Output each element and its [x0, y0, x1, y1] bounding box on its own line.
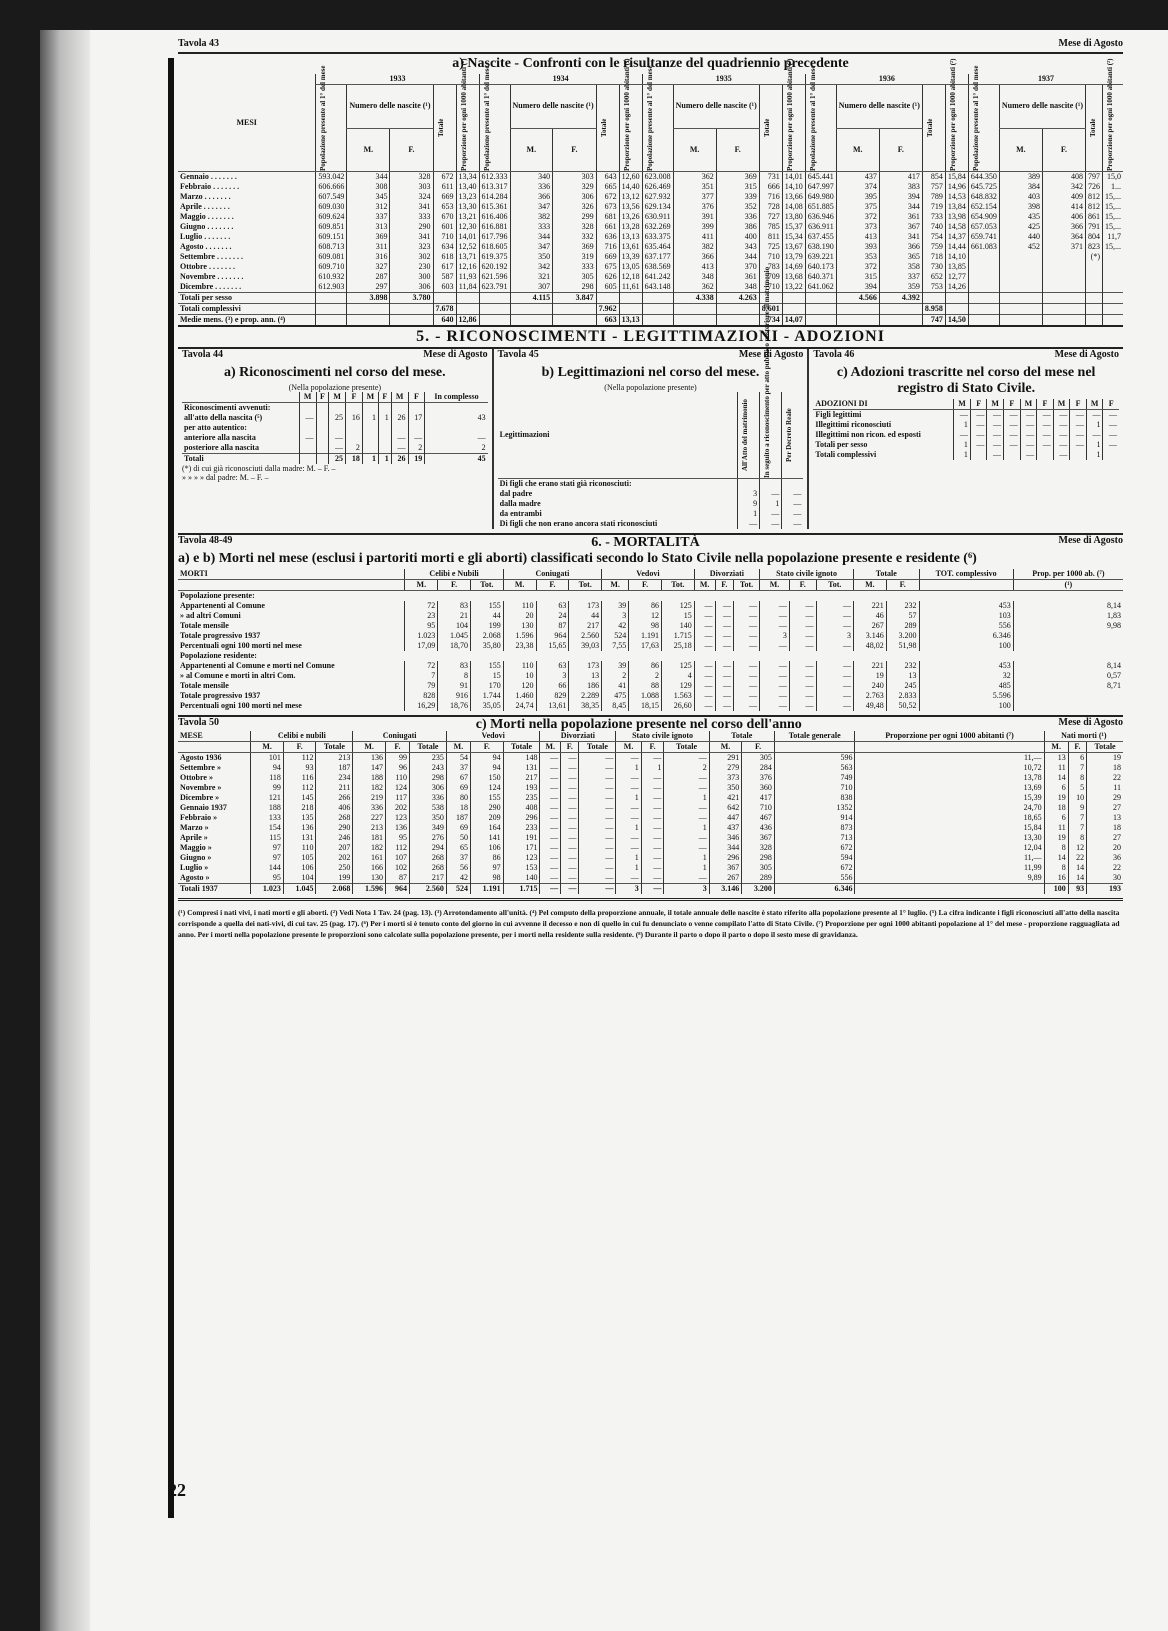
table-cell: 361 [716, 272, 759, 282]
table-cell: — [391, 443, 408, 454]
table-cell: — [540, 853, 561, 863]
table-cell [362, 423, 378, 433]
table-cell [456, 304, 479, 315]
table-cell: 187 [316, 763, 353, 773]
table-cell: 425 [999, 222, 1042, 232]
row-label: Totale mensile [178, 681, 405, 691]
t45-table: LegittimazioniAll'Atto del matrimonioIn … [498, 392, 804, 529]
table-cell: 217 [569, 621, 602, 631]
table-cell: — [694, 681, 715, 691]
t4849-tavola: Tavola 48-49 [178, 535, 232, 549]
table-cell: — [816, 701, 853, 711]
table-cell: 6 [1044, 813, 1068, 823]
table-cell: 367 [709, 863, 742, 873]
table-cell: 353 [836, 252, 879, 262]
table-cell [855, 884, 1044, 895]
table-cell: 110 [503, 661, 536, 671]
table-cell: 24 [536, 611, 569, 621]
table-cell: — [579, 783, 616, 793]
row-label: Percentuali ogni 100 morti nel mese [178, 701, 405, 711]
table-cell: 140 [503, 873, 540, 884]
table-cell: 13,69 [855, 783, 1044, 793]
table-cell: — [540, 773, 561, 783]
table-cell: 32 [919, 671, 1013, 681]
t45: Tavola 45Mese di Agosto b) Legittimazion… [492, 349, 808, 529]
table-cell: 80 [446, 793, 470, 803]
t4849-table: MORTICelibi e NubiliConiugatiVedoviDivor… [178, 569, 1123, 711]
table-cell [479, 293, 510, 304]
table-cell: 218 [283, 803, 316, 813]
table-cell: 24,74 [503, 701, 536, 711]
table-cell: — [734, 671, 760, 681]
table-cell [1042, 293, 1085, 304]
table-cell: — [641, 853, 664, 863]
table-cell: All'Atto del matrimonio [737, 392, 759, 479]
table-cell: — [789, 681, 816, 691]
table-cell: 964 [536, 631, 569, 641]
table-cell: — [816, 661, 853, 671]
table-cell: — [408, 433, 425, 443]
table-cell: 131 [503, 763, 540, 773]
table-cell: 13 [1087, 813, 1123, 823]
table-cell: — [1037, 440, 1054, 450]
t50-title: c) Morti nella popolazione presente nel … [476, 717, 802, 731]
table-cell: 18,65 [855, 813, 1044, 823]
table-cell: 13,34 [456, 172, 479, 183]
table-cell: 10 [1068, 793, 1086, 803]
table-cell: 672 [433, 172, 456, 183]
month-label: Marzo . . . . . . . [178, 192, 316, 202]
table-cell [782, 479, 803, 490]
table-cell: 21 [438, 611, 471, 621]
table-cell: — [782, 489, 803, 499]
table-cell: 609.081 [316, 252, 347, 262]
table-cell: — [694, 621, 715, 631]
table-cell: 629.134 [642, 202, 673, 212]
table-cell: 13 [1044, 753, 1068, 764]
table-cell: 1.045 [283, 884, 316, 895]
table-row: da entrambi1—— [498, 509, 804, 519]
table-cell: 67 [446, 773, 470, 783]
table-cell: 14 [1044, 773, 1068, 783]
month-label: Settembre » [178, 763, 251, 773]
table-cell: 298 [410, 773, 447, 783]
table-cell: 35,80 [470, 641, 503, 651]
table-cell: 19 [1044, 793, 1068, 803]
table-cell: — [540, 884, 561, 895]
t44-tavola: Tavola 44 [182, 349, 223, 363]
page-content: Tavola 43 Mese di Agosto a) Nascite - Co… [178, 38, 1123, 940]
table-cell: 7 [1068, 823, 1086, 833]
book-spine [40, 30, 90, 1631]
table-cell: 13,85 [945, 262, 968, 272]
table-cell: 336 [353, 803, 386, 813]
table-cell: 135 [283, 813, 316, 823]
table-cell: 336 [716, 212, 759, 222]
table-cell: 594 [774, 853, 855, 863]
table-cell: 362 [673, 172, 716, 183]
table-cell: — [734, 701, 760, 711]
table-cell: 86 [470, 853, 503, 863]
table-cell: F [1070, 399, 1087, 410]
table-cell: 609.851 [316, 222, 347, 232]
table-cell: 298 [742, 853, 775, 863]
page-number: 22 [168, 1480, 186, 1501]
table-cell: 345 [347, 192, 390, 202]
table-cell: — [694, 661, 715, 671]
table-cell [379, 443, 392, 454]
table-cell: — [760, 489, 782, 499]
table-cell: 346 [709, 833, 742, 843]
table-cell: 13,61 [619, 242, 642, 252]
table-cell: 823 [1086, 242, 1103, 252]
table-cell: 112 [283, 783, 316, 793]
table-cell: 217 [410, 873, 447, 884]
table-cell: 243 [410, 763, 447, 773]
table-cell: 188 [353, 773, 386, 783]
table-cell: 164 [470, 823, 503, 833]
table-cell: 8 [1044, 843, 1068, 853]
t50-box: Tavola 50c) Morti nella popolazione pres… [178, 715, 1123, 894]
table-cell: 350 [410, 813, 447, 823]
table-cell: 596 [774, 753, 855, 764]
row-label: » ad altri Comuni [178, 611, 405, 621]
table-cell: 13,22 [782, 282, 805, 293]
table-cell: 12 [1068, 843, 1086, 853]
col-m: M. [347, 128, 390, 172]
table-cell: 5 [1068, 783, 1086, 793]
table-cell: — [664, 753, 709, 764]
table-cell: — [715, 611, 734, 621]
table-cell: 344 [716, 252, 759, 262]
table-cell: 1 [954, 450, 971, 460]
table-cell [1086, 272, 1103, 282]
table-cell: M [1053, 399, 1070, 410]
col-f: F. [879, 128, 922, 172]
table-cell: M [362, 392, 378, 403]
table-cell: — [715, 601, 734, 611]
table-cell: 193 [1087, 884, 1123, 895]
table-cell: 100 [919, 641, 1013, 651]
table-cell: F [1037, 399, 1054, 410]
table-cell: — [760, 701, 790, 711]
month-label: Aprile . . . . . . . [178, 202, 316, 212]
table-cell: 182 [353, 783, 386, 793]
table-cell: Totale [579, 742, 616, 753]
label: Totali complessivi [178, 304, 316, 315]
month-label: Febbraio » [178, 813, 251, 823]
table-cell: — [561, 803, 579, 813]
table-cell: 812 [1086, 192, 1103, 202]
table-row: Totale mensile95104199130872174298140———… [178, 621, 1123, 631]
table-cell: — [715, 661, 734, 671]
table-cell: — [1053, 440, 1070, 450]
table-cell: 112 [385, 843, 409, 853]
table-cell: 337 [879, 272, 922, 282]
table-cell: 609.151 [316, 232, 347, 242]
t4849-box: Tavola 48-496. - MORTALITÀMese di Agosto… [178, 533, 1123, 711]
table-cell: 13 [569, 671, 602, 681]
table-cell: 812 [1086, 202, 1103, 212]
table-cell: 18 [346, 454, 363, 465]
table-cell [408, 423, 425, 433]
col-f: F. [390, 128, 433, 172]
table-cell: 618 [433, 252, 456, 262]
table-cell: — [540, 803, 561, 813]
table-cell: 15,... [1103, 212, 1124, 222]
table-cell: 1 [954, 420, 971, 430]
table-cell: 296 [503, 813, 540, 823]
table-cell: 15,34 [782, 232, 805, 242]
table-cell: — [579, 884, 616, 895]
table-cell [968, 272, 999, 282]
table-cell: 394 [836, 282, 879, 293]
table-cell: 643.148 [642, 282, 673, 293]
table-cell: — [1037, 410, 1054, 421]
table-cell: 393 [836, 242, 879, 252]
table-cell [391, 403, 408, 414]
table-cell: 2 [346, 443, 363, 454]
table-cell [805, 304, 836, 315]
table-cell: — [561, 763, 579, 773]
table-cell: 341 [879, 232, 922, 242]
table-cell: 13,79 [782, 252, 805, 262]
table-cell: 18 [1044, 803, 1068, 813]
table-cell: 112 [283, 753, 316, 764]
table-cell: 14,96 [945, 182, 968, 192]
row-label: » al Comune e morti in altri Com. [178, 671, 405, 681]
table-cell: 1.744 [470, 691, 503, 701]
table-cell: 202 [316, 853, 353, 863]
table-cell: 672 [774, 863, 855, 873]
table-row: Percentuali ogni 100 morti nel mese17,09… [178, 641, 1123, 651]
table-cell [999, 252, 1042, 262]
table-cell: 202 [385, 803, 409, 813]
table-cell: — [664, 773, 709, 783]
table-cell: 3 [816, 631, 853, 641]
table-cell: 290 [390, 222, 433, 232]
table-cell: 611 [433, 182, 456, 192]
table-cell: 234 [316, 773, 353, 783]
table-cell [433, 293, 456, 304]
table-cell: — [816, 671, 853, 681]
table-cell: 46 [853, 611, 886, 621]
table-cell: 213 [316, 753, 353, 764]
table-cell: 3 [760, 631, 790, 641]
table-row: per atto autentico: [182, 423, 488, 433]
table-cell: M. [405, 580, 438, 591]
table-row: dal padre3—— [498, 489, 804, 499]
table-cell [945, 293, 968, 304]
table-cell: 342 [1042, 182, 1085, 192]
table-row: Ottobre »11811623418811029867150217—————… [178, 773, 1123, 783]
table-cell: — [641, 823, 664, 833]
table-cell: 791 [1086, 222, 1103, 232]
table-cell: 2.289 [569, 691, 602, 701]
table-cell: Tot. [470, 580, 503, 591]
table-cell: 307 [510, 282, 553, 293]
table-cell: 4.115 [510, 293, 553, 304]
table-cell: 347 [510, 242, 553, 252]
table-cell: 1.023 [405, 631, 438, 641]
table-cell: F [970, 399, 987, 410]
table-cell: 15,... [1103, 192, 1124, 202]
table-cell: 673 [596, 202, 619, 212]
table-cell [346, 423, 363, 433]
table-cell [1042, 315, 1085, 326]
table-cell: — [1004, 410, 1021, 421]
table-cell: — [1070, 420, 1087, 430]
table-cell: 6.346 [919, 631, 1013, 641]
table-cell [479, 304, 510, 315]
table-cell: — [561, 783, 579, 793]
table-cell: 1352 [774, 803, 855, 813]
table-cell: 9,98 [1013, 621, 1123, 631]
table-cell: 730 [922, 262, 945, 272]
table-cell: 13,30 [855, 833, 1044, 843]
table-cell: 94 [251, 763, 284, 773]
table-cell: 1 [641, 763, 664, 773]
table-cell: 230 [390, 262, 433, 272]
table-cell: 116 [283, 773, 316, 783]
table-cell: — [579, 823, 616, 833]
table-cell: 13,71 [456, 252, 479, 262]
table-cell: 713 [774, 833, 855, 843]
table-cell: 22 [1087, 773, 1123, 783]
table-cell: 861 [1086, 212, 1103, 222]
table-row: Totali complessivi1———1 [813, 450, 1119, 460]
table-cell: — [299, 413, 316, 423]
table-row: Figli legittimi—————————— [813, 410, 1119, 421]
table-cell: 290 [470, 803, 503, 813]
table-cell: — [1037, 420, 1054, 430]
table-row: Riconoscimenti avvenuti: [182, 403, 488, 414]
table-cell: 2.068 [470, 631, 503, 641]
table-cell: 171 [503, 843, 540, 853]
table-cell: 105 [283, 853, 316, 863]
table-cell: 14,50 [945, 315, 968, 326]
table-cell: 3.200 [742, 884, 775, 895]
table-cell: 1 [1086, 450, 1103, 460]
table-cell: 268 [316, 813, 353, 823]
table-cell: 166 [353, 863, 386, 873]
table-cell: 88 [629, 681, 662, 691]
table-cell: 44 [569, 611, 602, 621]
table-cell: F. [385, 742, 409, 753]
table-cell: 96 [385, 763, 409, 773]
table-cell: 612.903 [316, 282, 347, 293]
table-cell: 358 [879, 262, 922, 272]
table-cell: 25,18 [661, 641, 694, 651]
table-cell: 391 [673, 212, 716, 222]
table-cell: 328 [553, 222, 596, 232]
table-cell: 298 [553, 282, 596, 293]
month-label: Aprile » [178, 833, 251, 843]
table-cell: 731 [759, 172, 782, 183]
table-cell: 376 [742, 773, 775, 783]
table-cell: — [737, 519, 759, 529]
table-cell: 329 [553, 182, 596, 192]
table-cell: 374 [836, 182, 879, 192]
table-cell: 651.885 [805, 202, 836, 212]
table-cell: 641.062 [805, 282, 836, 293]
table-cell: 121 [251, 793, 284, 803]
table-cell: — [760, 661, 790, 671]
month-label: Ottobre . . . . . . . [178, 262, 316, 272]
table-cell: 747 [922, 315, 945, 326]
table-cell: F [346, 392, 363, 403]
col-prop: Proporzione per ogni 1000 abitanti (²) [456, 85, 479, 172]
table-cell: 2 [408, 443, 425, 454]
table-cell: 232 [886, 661, 919, 671]
table-cell: F. [536, 580, 569, 591]
table-cell: 16 [346, 413, 363, 423]
table-cell: 633.375 [642, 232, 673, 242]
table-cell: 3.200 [886, 631, 919, 641]
table-cell: — [970, 440, 987, 450]
table-cell: F [1004, 399, 1021, 410]
table-cell: Totale [316, 742, 353, 753]
table-cell: — [715, 691, 734, 701]
table-cell: — [641, 793, 664, 803]
table-cell: 350 [709, 783, 742, 793]
row-label: Totali per sesso [813, 440, 953, 450]
table-cell: — [561, 843, 579, 853]
table-cell: 829 [536, 691, 569, 701]
table-cell: 399 [673, 222, 716, 232]
row-label: dalla madre [498, 499, 738, 509]
table-cell: 69 [446, 823, 470, 833]
table-cell: 640 [433, 315, 456, 326]
table-cell: — [694, 611, 715, 621]
table-cell: 609.624 [316, 212, 347, 222]
table-cell: 69 [446, 783, 470, 793]
table-cell: — [540, 833, 561, 843]
table-cell: — [760, 681, 790, 691]
table-cell: 710 [759, 252, 782, 262]
table-cell: — [540, 793, 561, 803]
table-cell: 654.909 [968, 212, 999, 222]
table-cell: Tot. [661, 580, 694, 591]
table-cell [1103, 282, 1124, 293]
table-cell: 1.191 [470, 884, 503, 895]
table-cell: 605 [596, 282, 619, 293]
table-cell: — [694, 631, 715, 641]
table-cell: F. [470, 742, 503, 753]
table-cell: Proporzione per ogni 1000 abitanti (⁷) [855, 731, 1044, 742]
table-cell [1042, 282, 1085, 293]
table-cell: 2.560 [410, 884, 447, 895]
table-cell: Coniugati [503, 569, 601, 580]
table-cell: 199 [316, 873, 353, 884]
table-cell: 207 [316, 843, 353, 853]
table-cell: 95 [251, 873, 284, 884]
table-cell: 359 [879, 282, 922, 293]
table-cell: 136 [385, 823, 409, 833]
table-cell: — [1070, 430, 1087, 440]
table-row: Agosto »95104199130872174298140——————267… [178, 873, 1123, 884]
table-cell: — [734, 681, 760, 691]
table-cell: 144 [251, 863, 284, 873]
table-cell: — [694, 641, 715, 651]
table-cell: 3.898 [347, 293, 390, 304]
table-cell: 3 [737, 489, 759, 499]
table-cell: 13,68 [782, 272, 805, 282]
table-cell: 93 [1068, 884, 1086, 895]
table-cell: M. [251, 742, 284, 753]
table-cell: 344 [879, 202, 922, 212]
table-cell: 647.997 [805, 182, 836, 192]
